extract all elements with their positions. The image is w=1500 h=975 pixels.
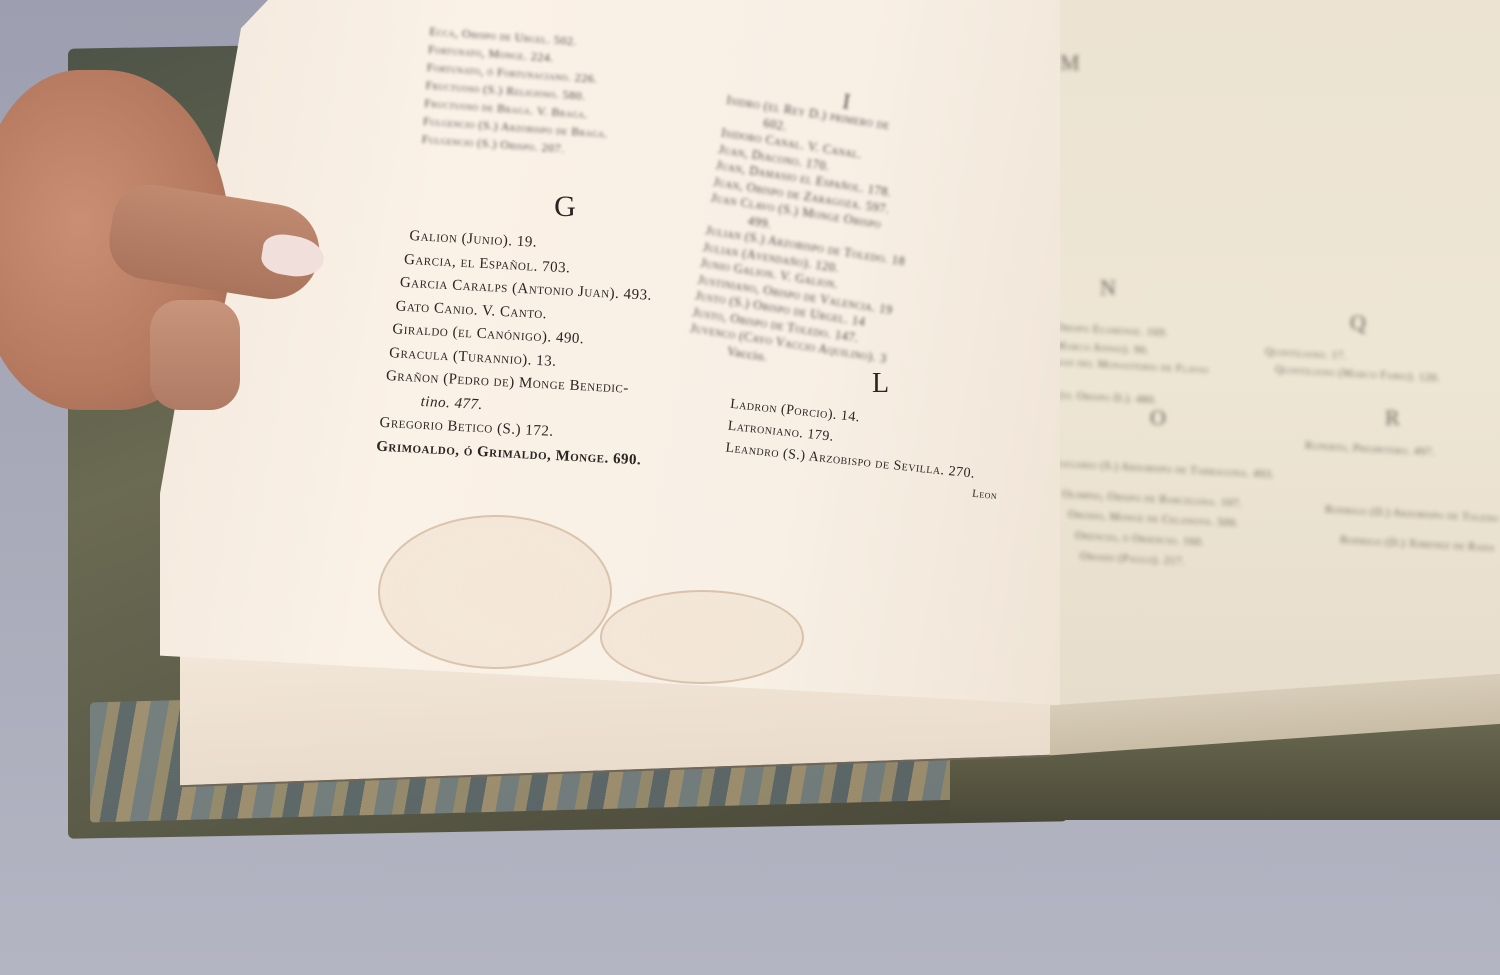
left-column-top: Ecca, Obispo de Urgel. 502. Fortunato, M… xyxy=(421,22,615,161)
water-stain xyxy=(378,515,612,669)
left-column-g: G Galion (Junio). 19. Garcia, el Español… xyxy=(390,190,730,459)
right-column-top: I Isidro (el Rey D.) primero de 602. Isi… xyxy=(687,78,930,384)
section-letter-q: Q xyxy=(1350,310,1366,336)
section-letter-r: R xyxy=(1385,405,1400,431)
section-letter-m: M xyxy=(1060,50,1080,76)
water-stain xyxy=(600,590,804,684)
right-column-l: L Ladron (Porcio). 14. Latroniano. 179. … xyxy=(734,368,1009,476)
section-letter-g: G xyxy=(390,190,740,224)
section-letter-n: N xyxy=(1100,275,1116,301)
hand-fingers xyxy=(150,300,240,410)
